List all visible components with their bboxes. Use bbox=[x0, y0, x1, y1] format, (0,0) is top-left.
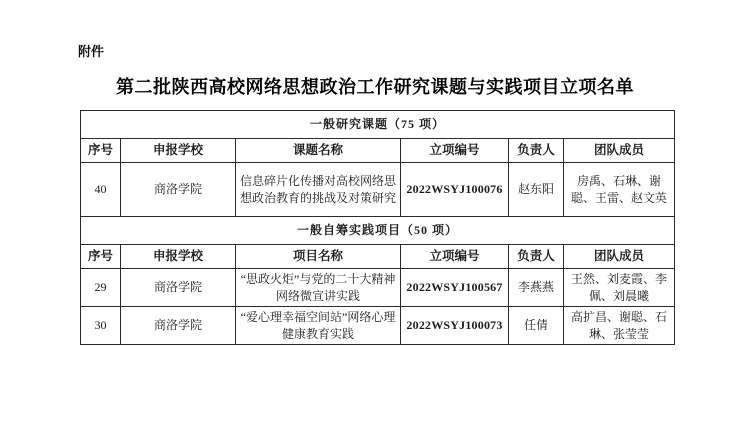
project-name-cell: “思政火炬”与党的二十大精神网络微宣讲实践 bbox=[236, 269, 401, 307]
row-number-cell: 29 bbox=[81, 269, 121, 307]
col-header-team: 团队成员 bbox=[564, 139, 675, 163]
leader-cell: 李燕燕 bbox=[509, 269, 564, 307]
column-header-row: 序号 申报学校 课题名称 立项编号 负责人 团队成员 bbox=[81, 139, 675, 163]
col-header-code: 立项编号 bbox=[401, 139, 509, 163]
col-header-school: 申报学校 bbox=[121, 139, 236, 163]
leader-cell: 赵东阳 bbox=[509, 163, 564, 217]
document-page: 附件 第二批陕西高校网络思想政治工作研究课题与实践项目立项名单 一般研究课题（7… bbox=[0, 0, 750, 422]
col-header-team: 团队成员 bbox=[564, 245, 675, 269]
school-cell: 商洛学院 bbox=[121, 307, 236, 345]
leader-cell: 任倩 bbox=[509, 307, 564, 345]
project-name-cell: “爱心理幸福空间站”网络心理健康教育实践 bbox=[236, 307, 401, 345]
school-cell: 商洛学院 bbox=[121, 269, 236, 307]
row-number-cell: 30 bbox=[81, 307, 121, 345]
section-header-research: 一般研究课题（75 项） bbox=[81, 111, 675, 139]
col-header-name: 项目名称 bbox=[236, 245, 401, 269]
col-header-school: 申报学校 bbox=[121, 245, 236, 269]
school-cell: 商洛学院 bbox=[121, 163, 236, 217]
team-cell: 高扩昌、谢聪、石琳、张莹莹 bbox=[564, 307, 675, 345]
col-header-leader: 负责人 bbox=[509, 139, 564, 163]
section-header-practice: 一般自筹实践项目（50 项） bbox=[81, 217, 675, 245]
col-header-no: 序号 bbox=[81, 245, 121, 269]
team-cell: 房禹、石琳、谢聪、王雷、赵文英 bbox=[564, 163, 675, 217]
section-row: 一般自筹实践项目（50 项） bbox=[81, 217, 675, 245]
col-header-code: 立项编号 bbox=[401, 245, 509, 269]
project-code-cell: 2022WSYJ100076 bbox=[401, 163, 509, 217]
team-cell: 王然、刘麦霞、李佩、刘晨曦 bbox=[564, 269, 675, 307]
project-code-cell: 2022WSYJ100567 bbox=[401, 269, 509, 307]
column-header-row: 序号 申报学校 项目名称 立项编号 负责人 团队成员 bbox=[81, 245, 675, 269]
approval-table: 一般研究课题（75 项） 序号 申报学校 课题名称 立项编号 负责人 团队成员 … bbox=[80, 110, 675, 345]
col-header-no: 序号 bbox=[81, 139, 121, 163]
project-code-cell: 2022WSYJ100073 bbox=[401, 307, 509, 345]
col-header-name: 课题名称 bbox=[236, 139, 401, 163]
attachment-label: 附件 bbox=[78, 41, 104, 60]
col-header-leader: 负责人 bbox=[509, 245, 564, 269]
table-row: 29 商洛学院 “思政火炬”与党的二十大精神网络微宣讲实践 2022WSYJ10… bbox=[81, 269, 675, 307]
project-name-cell: 信息碎片化传播对高校网络思想政治教育的挑战及对策研究 bbox=[236, 163, 401, 217]
section-row: 一般研究课题（75 项） bbox=[81, 111, 675, 139]
page-title: 第二批陕西高校网络思想政治工作研究课题与实践项目立项名单 bbox=[0, 73, 750, 99]
table-row: 30 商洛学院 “爱心理幸福空间站”网络心理健康教育实践 2022WSYJ100… bbox=[81, 307, 675, 345]
row-number-cell: 40 bbox=[81, 163, 121, 217]
table-row: 40 商洛学院 信息碎片化传播对高校网络思想政治教育的挑战及对策研究 2022W… bbox=[81, 163, 675, 217]
